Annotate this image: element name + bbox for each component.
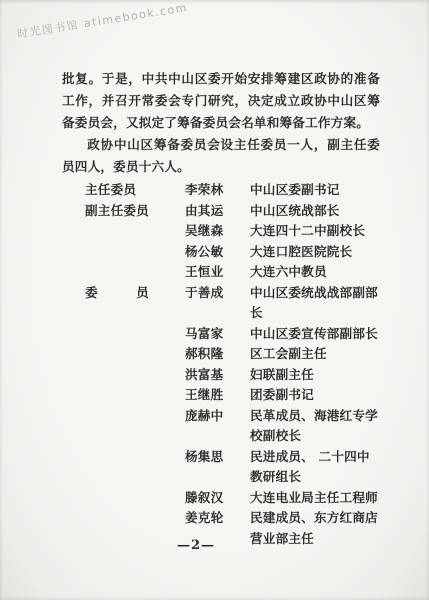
- page-number: —2—: [62, 538, 330, 553]
- roster-title: 民进成员、 二十四中教研组长: [250, 447, 380, 488]
- roster-title: 大连电业局主任工程师: [250, 488, 378, 509]
- roster-name: 杨公敏: [185, 242, 250, 263]
- roster-name: 郝积隆: [185, 344, 250, 365]
- roster-row: 杨集思 民进成员、 二十四中教研组长: [62, 447, 380, 488]
- roster-role: 副主任委员: [85, 201, 185, 222]
- roster-row: 马富家 中山区委宣传部副部长: [62, 324, 380, 345]
- roster-row: 郝积隆 区工会副主任: [62, 344, 380, 365]
- roster-name: 王继胜: [185, 385, 250, 406]
- roster-title: 中山区委宣传部副部长: [250, 324, 378, 345]
- roster-row: 吴继森 大连四十二中副校长: [62, 221, 380, 242]
- roster-name: 于善成: [185, 283, 250, 304]
- roster-row: 王恒业 大连六中教员: [62, 262, 380, 283]
- roster-name: 李荣林: [185, 180, 250, 201]
- roster-row: 庞赫中 民革成员、海港红专学校副校长: [62, 406, 380, 447]
- roster-name: 王恒业: [185, 262, 250, 283]
- paragraph: 政协中山区筹备委员会设主任委员一人，副主任委员四人，委员十六人。: [62, 134, 380, 178]
- roster-list: 主任委员 李荣林 中山区委副书记 副主任委员 由其运 中山区统战部长 吴继森 大…: [62, 180, 380, 549]
- roster-name: 洪富基: [185, 365, 250, 386]
- scanned-document-page: 时光图书馆 atimebook.com 批复。于是，中共中山区委开始安排筹建区政…: [0, 0, 429, 600]
- roster-row: 王继胜 团委副书记: [62, 385, 380, 406]
- roster-name: 杨集思: [185, 447, 250, 468]
- roster-role: 主任委员: [85, 180, 185, 201]
- roster-row: 滕叙汉 大连电业局主任工程师: [62, 488, 380, 509]
- roster-title: 团委副书记: [250, 385, 314, 406]
- roster-name: 滕叙汉: [185, 488, 250, 509]
- roster-role: 委 员: [85, 283, 185, 304]
- roster-name: 马富家: [185, 324, 250, 345]
- roster-name: 由其运: [185, 201, 250, 222]
- document-body: 批复。于是，中共中山区委开始安排筹建区政协的准备工作，并召开常委会专门研究，决定…: [62, 68, 380, 549]
- roster-title: 中山区委统战战部副部长: [250, 283, 380, 324]
- roster-name: 庞赫中: [185, 406, 250, 427]
- roster-row: 洪富基 妇联副主任: [62, 365, 380, 386]
- roster-row: 副主任委员 由其运 中山区统战部长: [62, 201, 380, 222]
- roster-name: 姜克轮: [185, 508, 250, 529]
- roster-title: 中山区委副书记: [250, 180, 340, 201]
- roster-title: 区工会副主任: [250, 344, 327, 365]
- paragraph: 批复。于是，中共中山区委开始安排筹建区政协的准备工作，并召开常委会专门研究，决定…: [62, 68, 380, 134]
- roster-row: 杨公敏 大连口腔医院院长: [62, 242, 380, 263]
- roster-row: 委 员 于善成 中山区委统战战部副部长: [62, 283, 380, 324]
- roster-name: 吴继森: [185, 221, 250, 242]
- roster-title: 妇联副主任: [250, 365, 314, 386]
- roster-row: 主任委员 李荣林 中山区委副书记: [62, 180, 380, 201]
- roster-title: 大连口腔医院院长: [250, 242, 352, 263]
- roster-title: 大连六中教员: [250, 262, 327, 283]
- roster-title: 民革成员、海港红专学校副校长: [250, 406, 380, 447]
- watermark: 时光图书馆 atimebook.com: [16, 0, 189, 42]
- roster-title: 大连四十二中副校长: [250, 221, 365, 242]
- roster-title: 中山区统战部长: [250, 201, 340, 222]
